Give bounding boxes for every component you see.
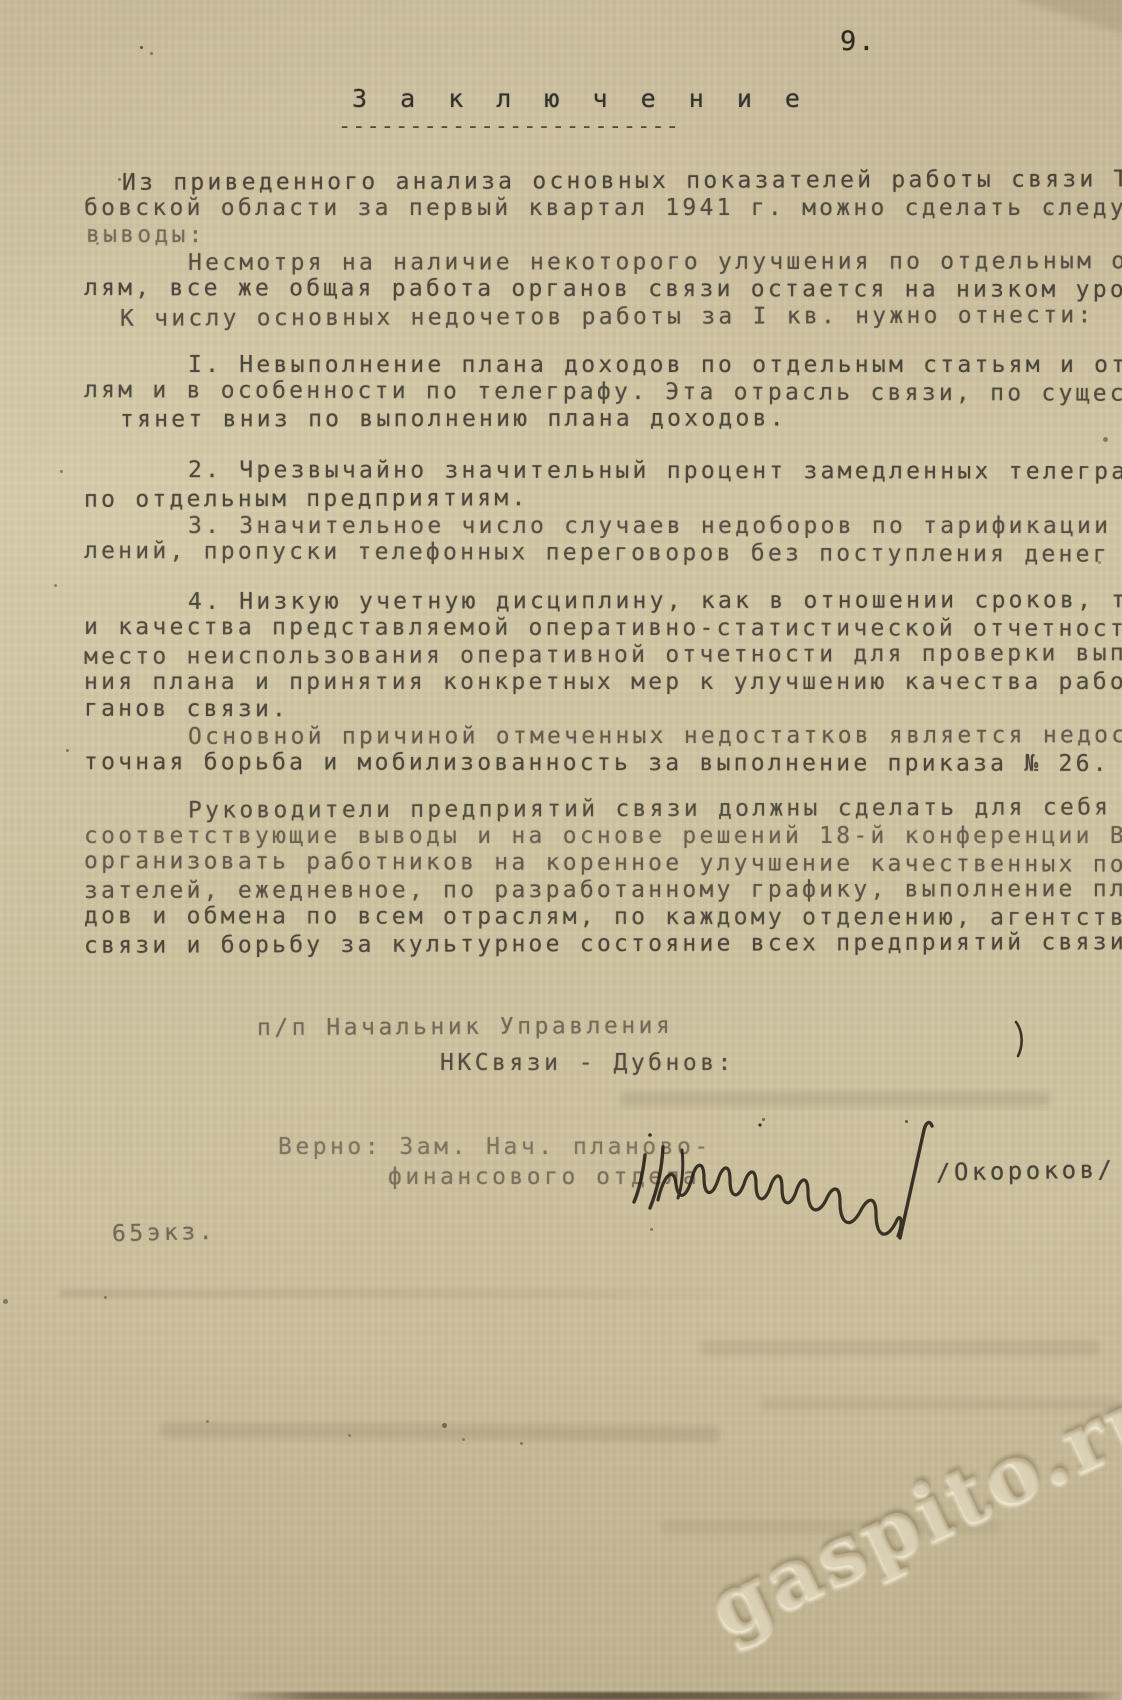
document-line: организовать работников на коренное улуч…: [84, 848, 1122, 879]
document-line: ганов связи.: [84, 696, 289, 724]
document-line: по отдельным предприятиям.: [84, 485, 529, 514]
document-line: и качества представляемой оперативно-ста…: [84, 614, 1122, 643]
document-line: соответствующие выводы и на основе решен…: [84, 823, 1122, 850]
document-line: Руководители предприятий связи должны сд…: [188, 794, 1111, 824]
bottom-edge-shadow: [0, 1692, 1122, 1700]
signature-scrawl: [658, 1165, 901, 1236]
page-number: 9.: [840, 26, 877, 57]
document-title: З а к л ю ч е н и е: [352, 84, 809, 113]
document-line: связи и борьбу за культурное состояние в…: [84, 929, 1122, 960]
handwritten-signature: [590, 1000, 1122, 1300]
edge-hook-mark: [1016, 1022, 1022, 1056]
document-line: лям и в особенности по телеграфу. Эта от…: [84, 377, 1122, 408]
dirt-specks: [140, 46, 143, 49]
document-line: ния плана и принятия конкретных мер к ул…: [84, 669, 1122, 696]
document-line: лям, все же общая работа органов связи о…: [84, 275, 1122, 304]
document-line: лений, пропуски телефонных переговоров б…: [84, 538, 1122, 569]
document-line: место неиспользования оперативной отчетн…: [84, 640, 1122, 671]
document-line: бовской области за первый квартал 1941 г…: [84, 195, 1122, 222]
document-line: тянет вниз по выполнению плана доходов.: [120, 405, 787, 433]
document-line: 4. Низкую учетную дисциплину, как в отно…: [188, 587, 1122, 616]
document-line: I. Невыполнение плана доходов по отдельн…: [188, 352, 1122, 379]
copies-count: 65экз.: [112, 1219, 217, 1248]
document-line: дов и обмена по всем отраслям, по каждом…: [84, 903, 1122, 932]
document-line: 2. Чрезвычайно значительный процент заме…: [188, 457, 1122, 486]
title-underline: ------------------------: [338, 114, 680, 139]
document-line: К числу основных недочетов работы за I к…: [120, 302, 1095, 332]
document-line: Основной причиной отмеченных недостатков…: [188, 722, 1122, 751]
scanned-document-page: { "document": { "page_number": "9.", "ti…: [0, 0, 1122, 1700]
document-line: точная борьба и мобилизованность за выпо…: [84, 749, 1110, 778]
document-line: Из приведенного анализа основных показат…: [122, 166, 1122, 197]
signature-flourish: [900, 1123, 932, 1238]
document-line: 3. Значительное число случаев недоборов …: [188, 513, 1122, 540]
document-line: Несмотря на наличие некоторого улучшения…: [188, 248, 1122, 277]
document-line: выводы:: [86, 222, 206, 249]
bleed-through-smudge: [700, 1340, 1100, 1356]
document-line: зателей, ежедневное, по разработанному г…: [84, 876, 1122, 905]
